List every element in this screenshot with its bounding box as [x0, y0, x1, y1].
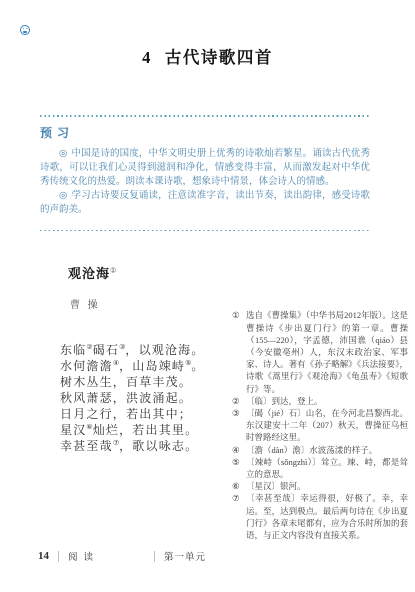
poem-line-text: 灿烂，若出其里。: [93, 423, 199, 437]
poem-line: 日月之行，若出其中；: [60, 406, 232, 422]
page-number: 14: [38, 550, 49, 562]
poem-title: 观沧海①: [68, 263, 232, 282]
lesson-name: 古代诗歌四首: [165, 48, 273, 67]
annotation-text: 〔临〕到达，登上。: [246, 395, 408, 407]
poem-line-text: ，歌以咏志。: [119, 439, 198, 453]
preview-text: 中国是诗的国度，中华文明史册上优秀的诗歌灿若繁星。诵读古代优秀诗歌，可以让我们心…: [40, 149, 370, 187]
preview-section: 预习 ◎中国是诗的国度，中华文明史册上优秀的诗歌灿若繁星。诵读古代优秀诗歌，可以…: [40, 117, 370, 230]
circle-bullet-icon: ◎: [59, 191, 67, 201]
annotation: ②〔临〕到达，登上。: [232, 395, 408, 407]
annotation-text: 〔星汉〕银河。: [246, 480, 408, 492]
main-content: 观沧海① 曹操 东临②碣石③，以观沧海。水何澹澹④，山岛竦峙⑤。树木丛生，百草丰…: [40, 231, 408, 541]
poem-line: 水何澹澹④，山岛竦峙⑤。: [60, 358, 232, 374]
annotation-number: ⑥: [232, 480, 246, 492]
annotation-text: 〔竦峙（sǒngzhì）〕耸立。竦、峙，都是耸立的意思。: [246, 456, 408, 480]
annotation: ⑥〔星汉〕银河。: [232, 480, 408, 492]
poem-line-text: 日月之行，若出其中；: [60, 407, 192, 421]
annotation-number: ⑦: [232, 492, 246, 541]
poem-title-text: 观沧海: [68, 266, 110, 281]
annotation: ④〔澹（dàn）澹〕水波荡漾的样子。: [232, 444, 408, 456]
poem-line-text: 水何澹澹: [60, 359, 113, 373]
poem-line: 东临②碣石③，以观沧海。: [60, 342, 232, 358]
annotation-text: 〔碣（jié）石〕山名，在今河北昌黎西北。东汉建安十二年（207）秋天，曹操征乌…: [246, 407, 408, 444]
footer-divider: [58, 551, 59, 562]
annotation: ①选自《曹操集》（中华书局2012年版）。这是曹操诗《步出夏门行》的第一章。曹操…: [232, 309, 408, 394]
lesson-title: 4古代诗歌四首: [0, 0, 415, 68]
poem-line: 树木丛生，百草丰茂。: [60, 374, 232, 390]
annotation-text: 〔幸甚至哉〕幸运得很，好极了。幸，幸运。至，达到极点。最后两句诗在《步出夏门行》…: [246, 492, 408, 541]
poem-column: 观沧海① 曹操 东临②碣石③，以观沧海。水何澹澹④，山岛竦峙⑤。树木丛生，百草丰…: [40, 231, 232, 541]
poem-author: 曹操: [70, 296, 232, 311]
poem-body: 东临②碣石③，以观沧海。水何澹澹④，山岛竦峙⑤。树木丛生，百草丰茂。秋风萧瑟，洪…: [60, 342, 232, 454]
circle-bullet-icon: ◎: [59, 149, 67, 159]
annotation: ⑦〔幸甚至哉〕幸运得很，好极了。幸，幸运。至，达到极点。最后两句诗在《步出夏门行…: [232, 492, 408, 541]
footer-divider: [154, 551, 155, 562]
poem-line-text: 碣石: [93, 343, 119, 357]
page-footer: 14 阅读 第一单元: [38, 549, 206, 563]
poem-line-text: 。: [191, 359, 204, 373]
annotation-number: ②: [232, 395, 246, 407]
footer-section-label: 阅读: [68, 549, 154, 563]
textbook-page: 4古代诗歌四首 预习 ◎中国是诗的国度，中华文明史册上优秀的诗歌灿若繁星。诵读古…: [0, 0, 415, 592]
poem-line-text: 星汉: [60, 423, 86, 437]
poem-line-text: 东临: [60, 343, 86, 357]
preview-paragraph: ◎学习古诗要反复诵读，注意读准字音，读出节奏，读出韵律，感受诗歌的声韵美。: [40, 189, 370, 217]
poem-line-text: ，以观沧海。: [125, 343, 204, 357]
preview-heading: 预习: [40, 124, 370, 141]
annotation-number: ⑤: [232, 456, 246, 480]
annotation-number: ③: [232, 407, 246, 444]
note-reference: ①: [110, 267, 116, 275]
smiley-face-circle-icon: [20, 25, 30, 35]
poem-line-text: 幸甚至哉: [60, 439, 113, 453]
poem-line: 幸甚至哉⑦，歌以咏志。: [60, 438, 232, 454]
annotation-text: 选自《曹操集》（中华书局2012年版）。这是曹操诗《步出夏门行》的第一章。曹操（…: [246, 309, 408, 394]
annotation-number: ④: [232, 444, 246, 456]
lesson-number: 4: [142, 48, 152, 67]
annotation-text: 〔澹（dàn）澹〕水波荡漾的样子。: [246, 444, 408, 456]
preview-paragraph: ◎中国是诗的国度，中华文明史册上优秀的诗歌灿若繁星。诵读古代优秀诗歌，可以让我们…: [40, 147, 370, 189]
preview-text: 学习古诗要反复诵读，注意读准字音，读出节奏，读出韵律，感受诗歌的声韵美。: [40, 191, 370, 215]
poem-line-text: 秋风萧瑟，洪波涌起。: [60, 391, 192, 405]
footer-unit-label: 第一单元: [164, 549, 206, 563]
annotation: ⑤〔竦峙（sǒngzhì）〕耸立。竦、峙，都是耸立的意思。: [232, 456, 408, 480]
annotation: ③〔碣（jié）石〕山名，在今河北昌黎西北。东汉建安十二年（207）秋天，曹操征…: [232, 407, 408, 444]
poem-line: 秋风萧瑟，洪波涌起。: [60, 390, 232, 406]
poem-line-text: 树木丛生，百草丰茂。: [60, 375, 192, 389]
annotation-number: ①: [232, 309, 246, 394]
poem-line: 星汉⑥灿烂，若出其里。: [60, 422, 232, 438]
annotations-column: ①选自《曹操集》（中华书局2012年版）。这是曹操诗《步出夏门行》的第一章。曹操…: [232, 231, 408, 541]
poem-line-text: ，山岛竦峙: [119, 359, 185, 373]
